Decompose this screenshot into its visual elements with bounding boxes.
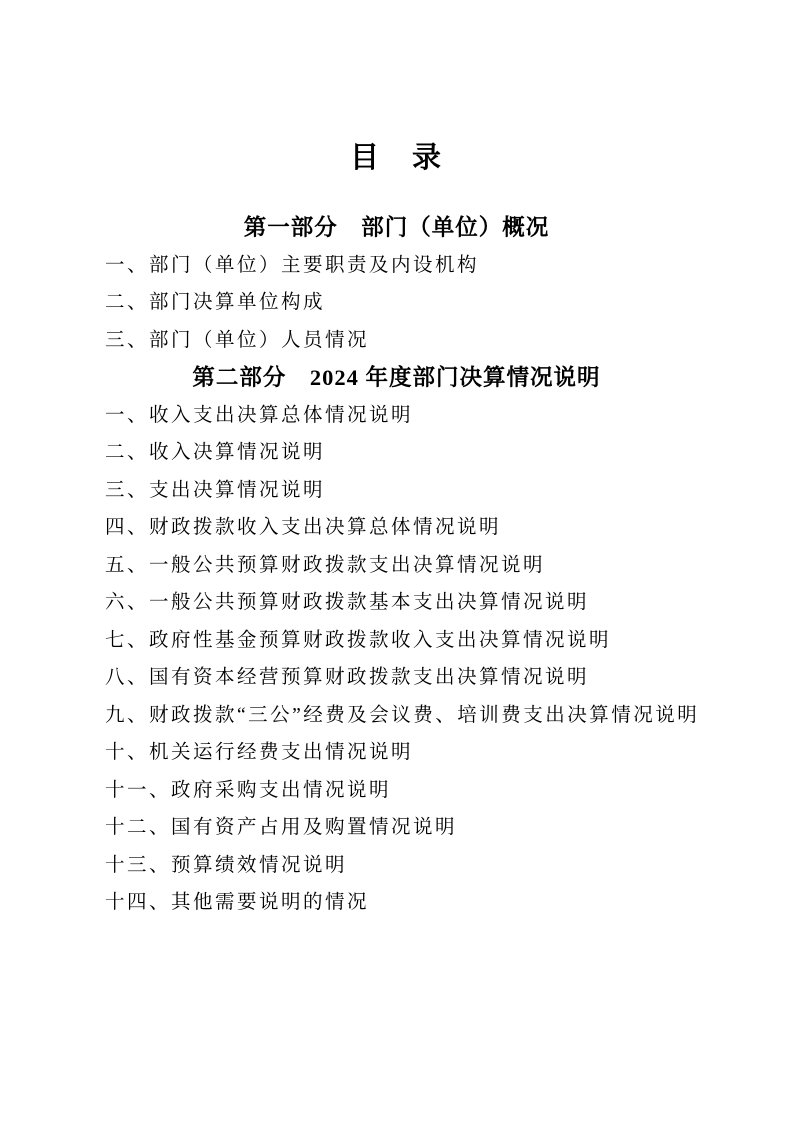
section-heading: 第一部分 部门（单位）概况 — [0, 209, 793, 247]
toc-item: 十一、政府采购支出情况说明 — [0, 772, 793, 810]
toc-item: 二、收入决算情况说明 — [0, 434, 793, 472]
toc-item: 三、部门（单位）人员情况 — [0, 322, 793, 360]
toc-item: 二、部门决算单位构成 — [0, 284, 793, 322]
section-heading: 第二部分 2024 年度部门决算情况说明 — [0, 359, 793, 397]
toc-item: 五、一般公共预算财政拨款支出决算情况说明 — [0, 547, 793, 585]
toc-item: 六、一般公共预算财政拨款基本支出决算情况说明 — [0, 584, 793, 622]
toc-item: 一、部门（单位）主要职责及内设机构 — [0, 247, 793, 285]
toc-item: 四、财政拨款收入支出决算总体情况说明 — [0, 509, 793, 547]
toc-item: 九、财政拨款“三公”经费及会议费、培训费支出决算情况说明 — [0, 697, 793, 735]
toc-item: 七、政府性基金预算财政拨款收入支出决算情况说明 — [0, 622, 793, 660]
document-page: 目 录 第一部分 部门（单位）概况一、部门（单位）主要职责及内设机构二、部门决算… — [0, 0, 793, 1122]
toc-item: 十、机关运行经费支出情况说明 — [0, 734, 793, 772]
toc-item: 十四、其他需要说明的情况 — [0, 884, 793, 922]
toc-item: 三、支出决算情况说明 — [0, 472, 793, 510]
toc-item: 八、国有资本经营预算财政拨款支出决算情况说明 — [0, 659, 793, 697]
page-title: 目 录 — [0, 0, 793, 175]
toc-item: 十三、预算绩效情况说明 — [0, 847, 793, 885]
table-of-contents: 第一部分 部门（单位）概况一、部门（单位）主要职责及内设机构二、部门决算单位构成… — [0, 209, 793, 922]
toc-item: 十二、国有资产占用及购置情况说明 — [0, 809, 793, 847]
toc-item: 一、收入支出决算总体情况说明 — [0, 397, 793, 435]
